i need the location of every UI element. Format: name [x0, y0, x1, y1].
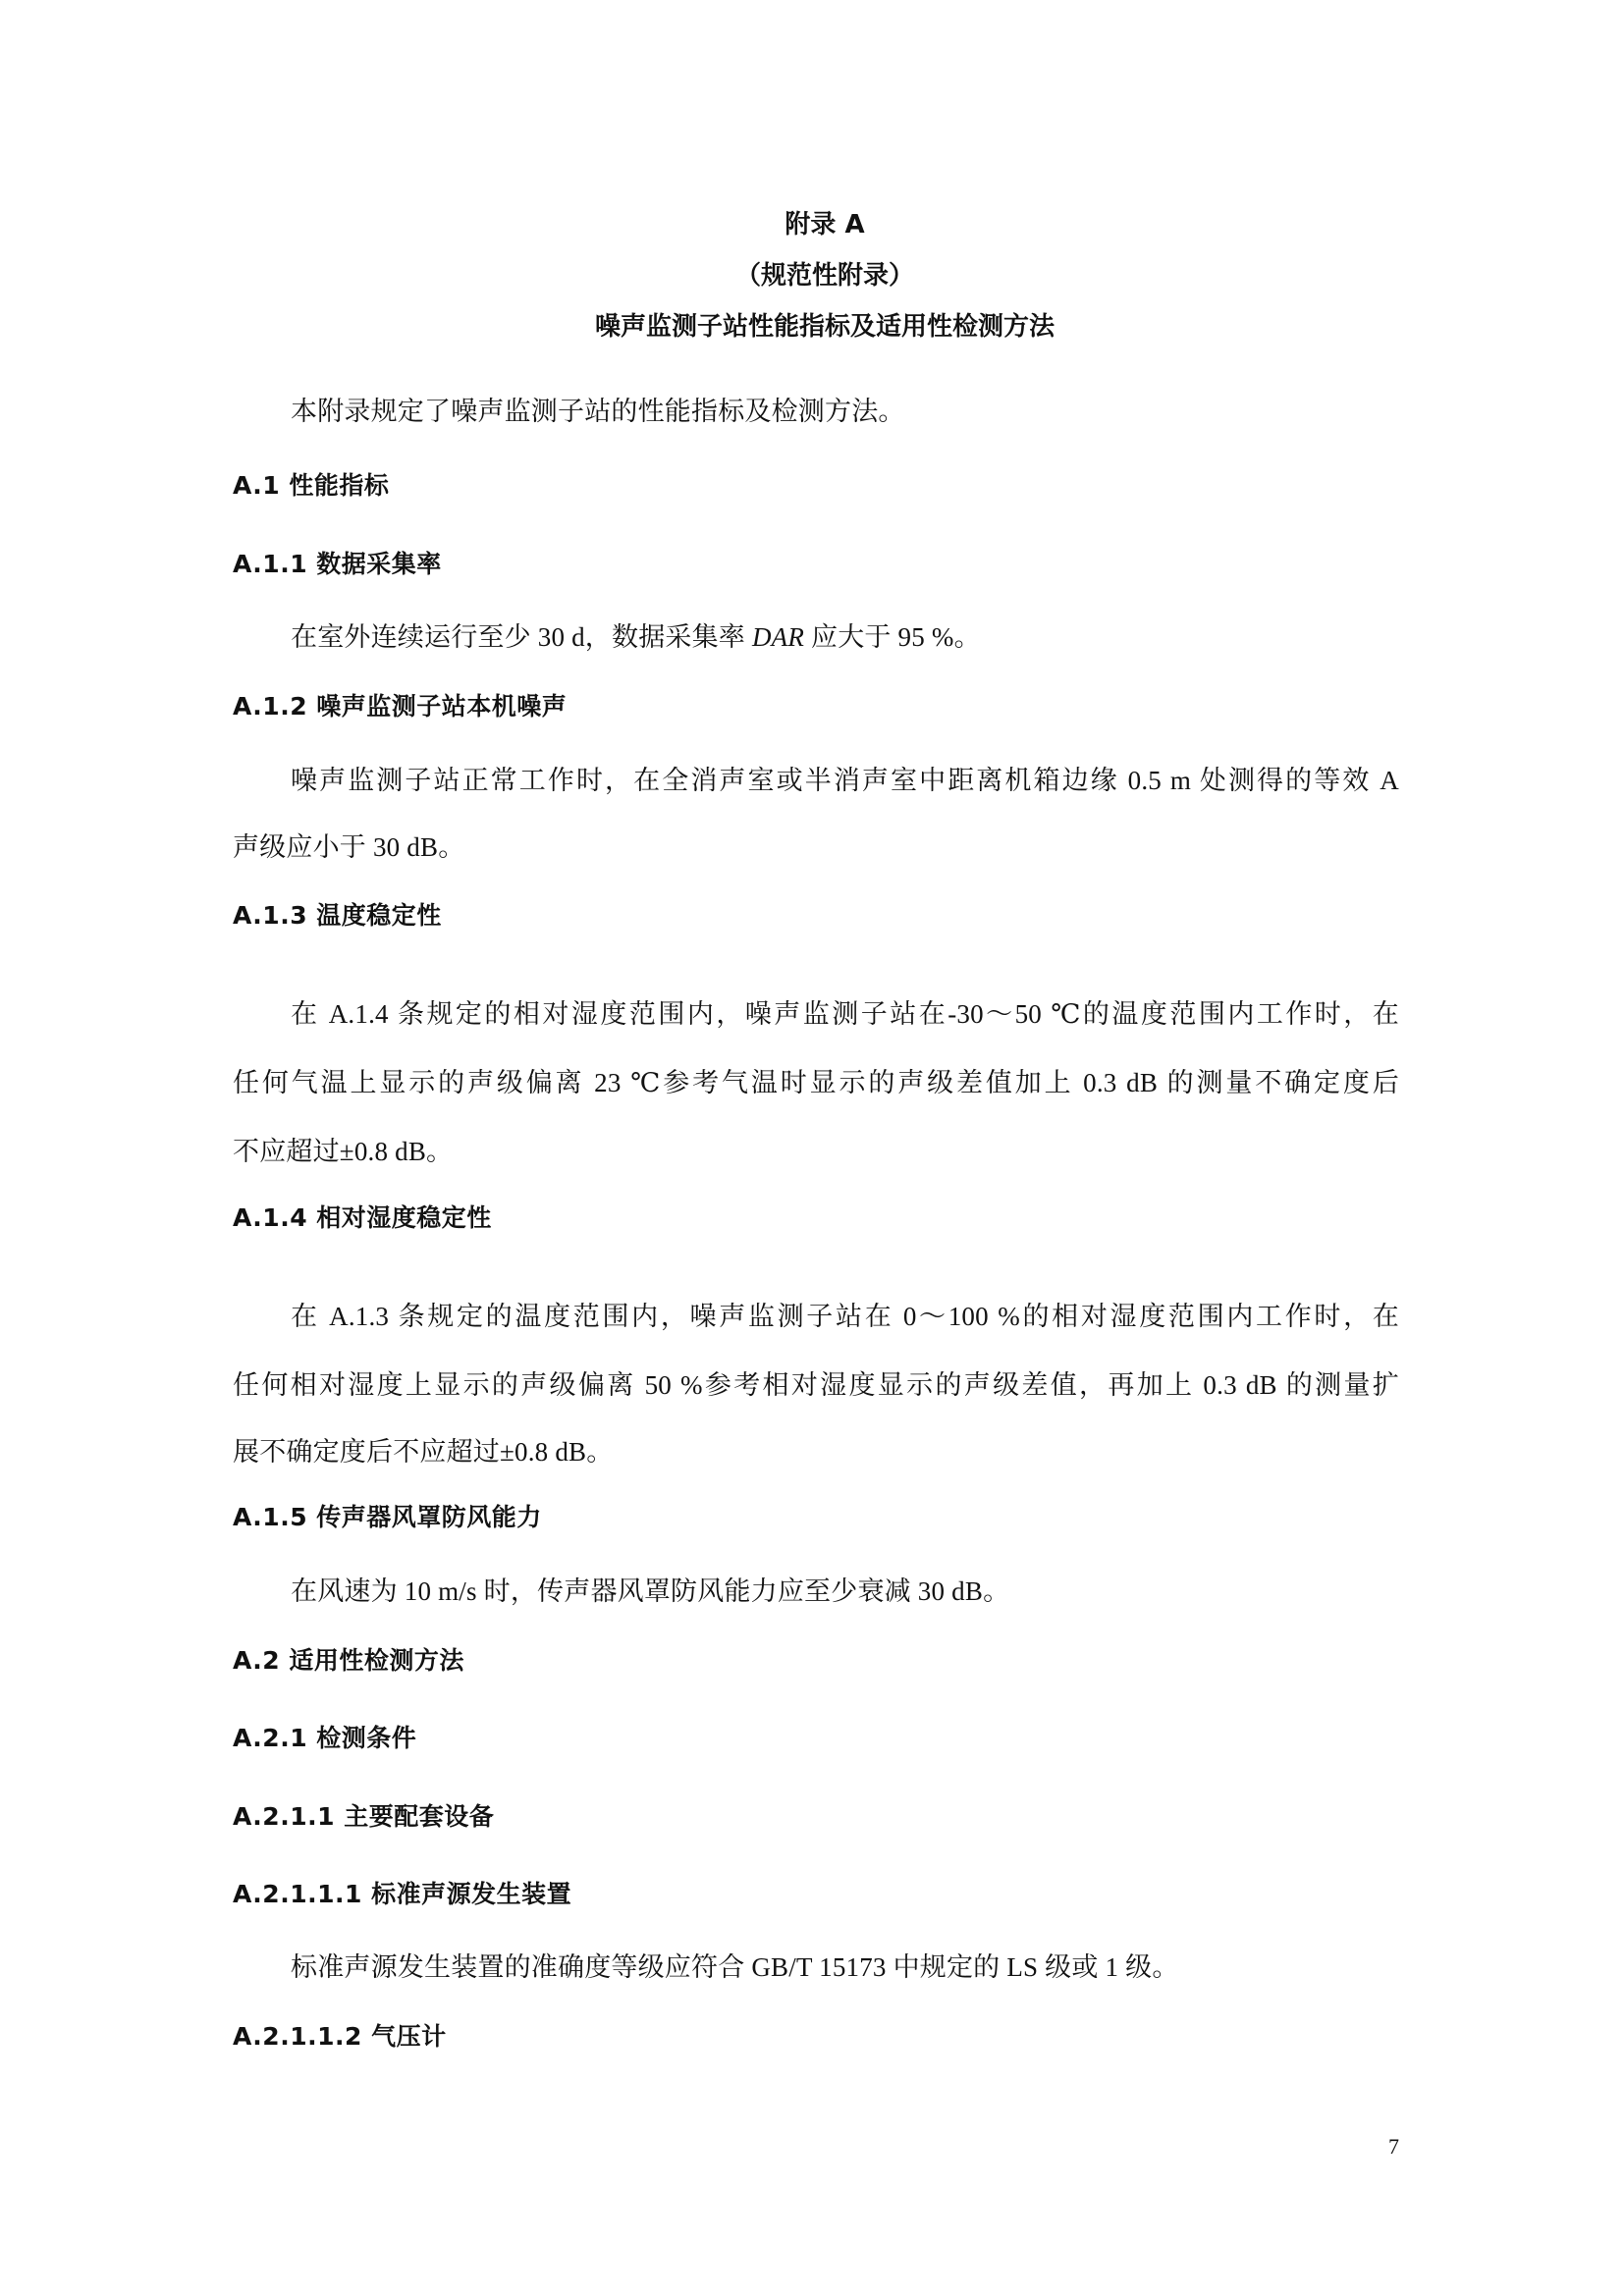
section-heading-a1: A.1 性能指标 — [233, 473, 389, 498]
appendix-label: 附录 A — [0, 212, 1624, 238]
paragraph-a1-1-text-after: 应大于 95 %。 — [804, 622, 981, 652]
paragraph-a1-3-line-1: 在 A.1.4 条规定的相对湿度范围内，噪声监测子站在-30～50 ℃的温度范围… — [291, 1001, 1399, 1028]
section-heading-a2-1: A.2.1 检测条件 — [233, 1726, 416, 1750]
paragraph-a2-1-1-1: 标准声源发生装置的准确度等级应符合 GB/T 15173 中规定的 LS 级或 … — [291, 1954, 1179, 1981]
appendix-title: 噪声监测子站性能指标及适用性检测方法 — [0, 314, 1624, 340]
page-number: 7 — [1388, 2136, 1399, 2158]
document-page: 附录 A （规范性附录） 噪声监测子站性能指标及适用性检测方法 本附录规定了噪声… — [0, 0, 1624, 2296]
paragraph-a1-2-line-1: 噪声监测子站正常工作时，在全消声室或半消声室中距离机箱边缘 0.5 m 处测得的… — [291, 768, 1399, 794]
section-heading-a1-2: A.1.2 噪声监测子站本机噪声 — [233, 694, 567, 719]
paragraph-a1-3-line-3: 不应超过±0.8 dB。 — [233, 1139, 453, 1165]
paragraph-a1-4-line-2: 任何相对湿度上显示的声级偏离 50 %参考相对湿度显示的声级差值，再加上 0.3… — [233, 1372, 1399, 1399]
section-heading-a2: A.2 适用性检测方法 — [233, 1648, 464, 1673]
section-heading-a2-1-1-1: A.2.1.1.1 标准声源发生装置 — [233, 1882, 571, 1906]
section-heading-a2-1-1: A.2.1.1 主要配套设备 — [233, 1804, 494, 1829]
paragraph-a1-5: 在风速为 10 m/s 时，传声器风罩防风能力应至少衰减 30 dB。 — [291, 1578, 1009, 1605]
paragraph-a1-2-line-2: 声级应小于 30 dB。 — [233, 834, 464, 861]
section-heading-a1-4: A.1.4 相对湿度稳定性 — [233, 1205, 492, 1230]
section-heading-a1-5: A.1.5 传声器风罩防风能力 — [233, 1505, 542, 1529]
dar-symbol: DAR — [752, 622, 804, 652]
paragraph-a1-4-line-3: 展不确定度后不应超过±0.8 dB。 — [233, 1439, 613, 1466]
section-heading-a2-1-1-2: A.2.1.1.2 气压计 — [233, 2024, 447, 2049]
section-heading-a1-1: A.1.1 数据采集率 — [233, 552, 442, 576]
appendix-type: （规范性附录） — [0, 263, 1624, 289]
intro-paragraph: 本附录规定了噪声监测子站的性能指标及检测方法。 — [291, 399, 905, 425]
paragraph-a1-4-line-1: 在 A.1.3 条规定的温度范围内，噪声监测子站在 0～100 %的相对湿度范围… — [291, 1304, 1399, 1330]
section-heading-a1-3: A.1.3 温度稳定性 — [233, 903, 442, 928]
paragraph-a1-1: 在室外连续运行至少 30 d，数据采集率 DAR 应大于 95 %。 — [291, 624, 981, 651]
paragraph-a1-3-line-2: 任何气温上显示的声级偏离 23 ℃参考气温时显示的声级差值加上 0.3 dB 的… — [233, 1070, 1399, 1096]
paragraph-a1-1-text-before: 在室外连续运行至少 30 d，数据采集率 — [291, 622, 752, 652]
